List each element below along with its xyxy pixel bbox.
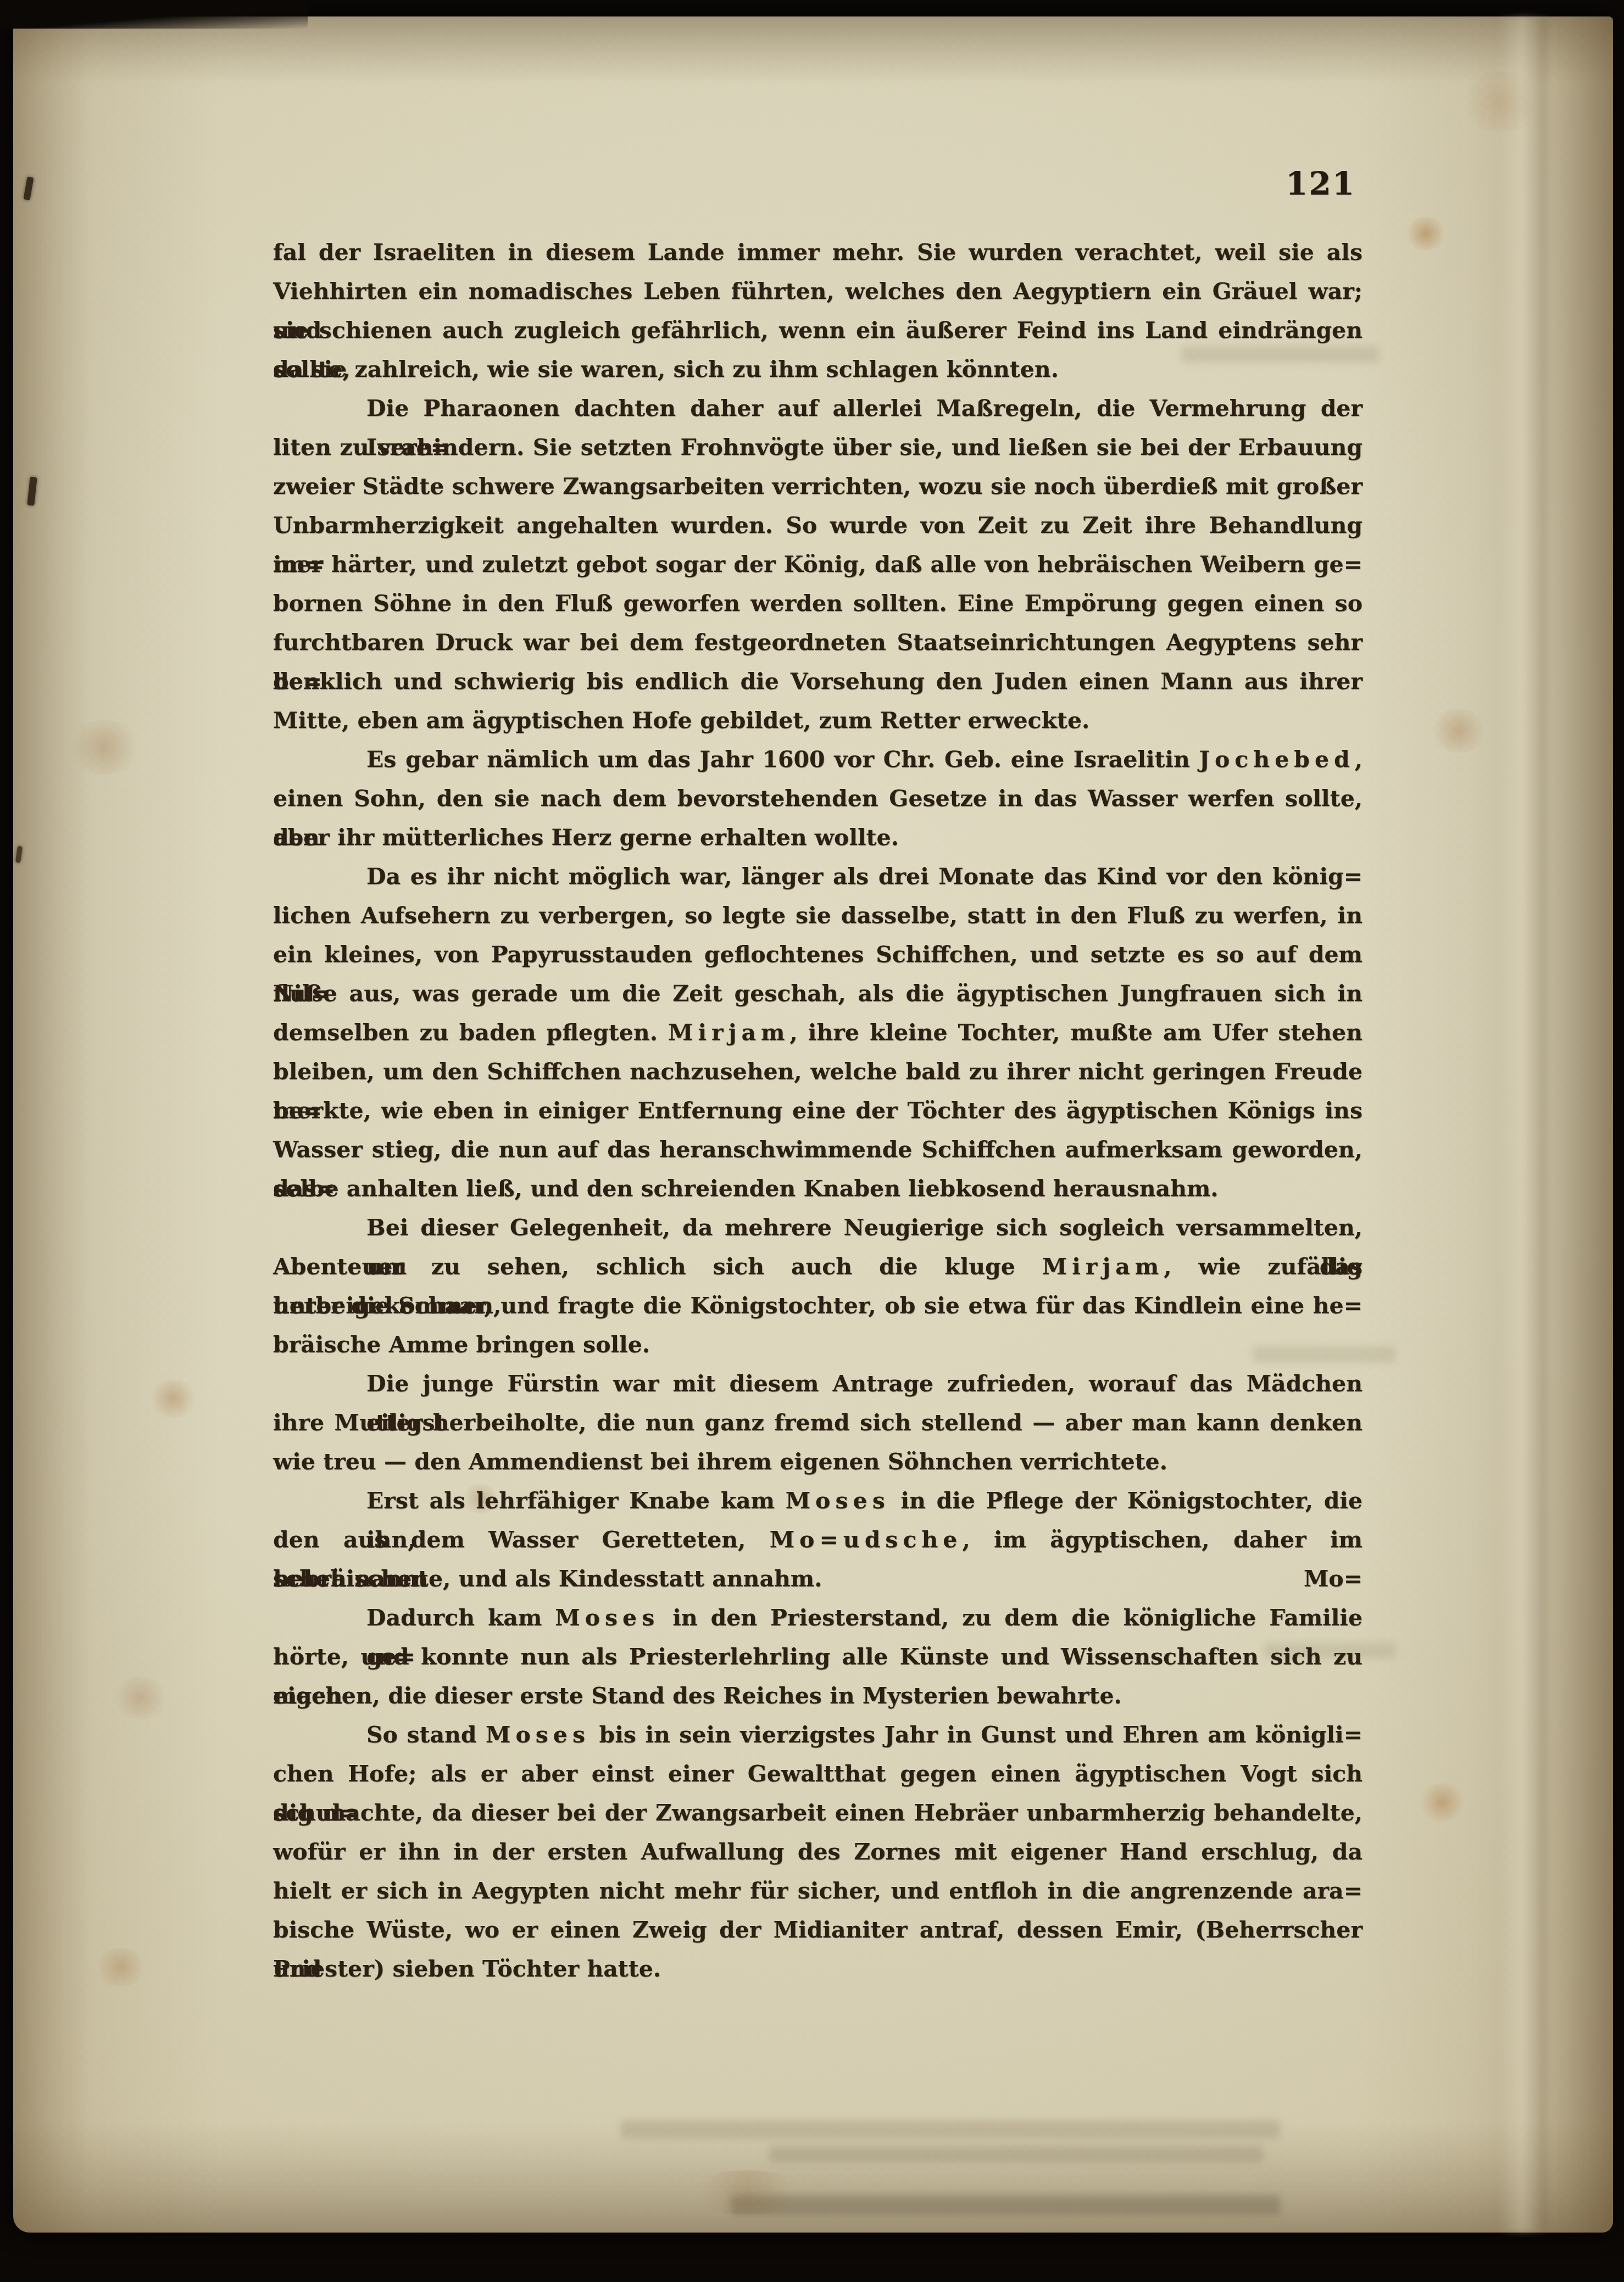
text-line: wie treu — den Ammendienst bei ihrem eig… [273,1442,1362,1481]
text-line: wofür er ihn in der ersten Aufwallung de… [273,1833,1362,1872]
text-line: chen Hofe; als er aber einst einer Gewal… [273,1754,1362,1794]
text-line: Unbarmherzigkeit angehalten wurden. So w… [273,506,1362,545]
text-line: Viehhirten ein nomadisches Leben führten… [273,272,1362,311]
emphasized-name: Mirjam [668,1019,789,1046]
text-line: Bei dieser Gelegenheit, da mehrere Neugi… [273,1208,1362,1247]
text-line: lichen Aufsehern zu verbergen, so legte … [273,896,1362,935]
page-fold-shading [1498,16,1547,2233]
text-segment: Mitte, eben am ägyptischen Hofe gebildet… [273,707,1089,734]
text-segment: wofür er ihn in der ersten Aufwallung de… [273,1839,1362,1865]
text-line: fluße aus, was gerade um die Zeit gescha… [273,974,1362,1013]
text-line: liten zu verhindern. Sie setzten Frohnvö… [273,428,1362,467]
text-line: selbe anhalten ließ, und den schreienden… [273,1169,1362,1208]
text-line: Da es ihr nicht möglich war, länger als … [273,857,1362,896]
text-segment: machen, die dieser erste Stand des Reich… [273,1683,1122,1709]
text-segment: Es gebar nämlich um das Jahr 1600 vor Ch… [366,746,1199,773]
text-segment: Da es ihr nicht möglich war, länger als … [366,863,1362,890]
text-line: hörte, und konnte nun als Priesterlehrli… [273,1637,1362,1676]
emphasized-name: Moses [486,1722,590,1748]
text-line: Es gebar nämlich um das Jahr 1600 vor Ch… [273,740,1362,779]
text-line: Wasser stieg, die nun auf das heranschwi… [273,1130,1362,1169]
text-line: ihre Mutter herbeiholte, die nun ganz fr… [273,1403,1362,1442]
text-segment: ihre Mutter herbeiholte, die nun ganz fr… [273,1409,1362,1436]
page-number: 121 [1286,165,1355,202]
text-line: denklich und schwierig bis endlich die V… [273,662,1362,701]
text-segment: liten zu verhindern. Sie setzten Frohnvö… [273,434,1362,460]
text-line: bornen Söhne in den Fluß geworfen werden… [273,584,1362,623]
text-line: da sie zahlreich, wie sie waren, sich zu… [273,350,1362,389]
text-line: Priester) sieben Töchter hatte. [273,1950,1362,1989]
emphasized-name: Mirjam [1042,1253,1164,1280]
text-segment: hielt er sich in Aegypten nicht mehr für… [273,1878,1362,1904]
emphasized-name: Mo=udsche [770,1526,963,1553]
text-segment: lichen Aufsehern zu verbergen, so legte … [273,902,1362,929]
book-scan: 121 fal der Israeliten in diesem Lande i… [0,0,1624,2282]
text-segment: mer härter, und zuletzt gebot sogar der … [273,551,1362,578]
emphasized-name: Moses [786,1487,890,1514]
text-line: bische Wüste, wo er einen Zweig der Midi… [273,1911,1362,1950]
text-line: den aus dem Wasser Geretteten, Mo=udsche… [273,1520,1362,1559]
text-segment: selbe anhalten ließ, und den schreienden… [273,1175,1219,1202]
text-line: Dadurch kam Moses in den Priesterstand, … [273,1598,1362,1637]
emphasized-name: Jochebed [1199,746,1355,773]
text-segment: So stand [366,1722,486,1748]
text-segment: bornen Söhne in den Fluß geworfen werden… [273,590,1362,617]
text-line: dig machte, da dieser bei der Zwangsarbe… [273,1794,1362,1833]
cover-edge-shadow [0,0,308,29]
text-line: Die Pharaonen dachten daher auf allerlei… [273,389,1362,428]
text-line: aber ihr mütterliches Herz gerne erhalte… [273,818,1362,857]
text-segment: merkte, wie eben in einiger Entfernung e… [273,1097,1362,1124]
text-segment: scheh nannte, und als Kindesstatt annahm… [273,1565,822,1592]
text-line: ein kleines, von Papyrusstauden geflocht… [273,935,1362,974]
text-segment: wie treu — den Ammendienst bei ihrem eig… [273,1448,1167,1475]
text-line: machen, die dieser erste Stand des Reich… [273,1676,1362,1715]
text-segment: demselben zu baden pflegten. [273,1019,668,1046]
text-line: merkte, wie eben in einiger Entfernung e… [273,1091,1362,1130]
text-segment: Abenteuer zu sehen, schlich sich auch di… [273,1253,1042,1280]
text-segment: , [1355,746,1362,773]
text-segment: zweier Städte schwere Zwangsarbeiten ver… [273,473,1362,499]
text-line: fal der Israeliten in diesem Lande immer… [273,233,1362,272]
text-line: mer härter, und zuletzt gebot sogar der … [273,545,1362,584]
text-segment: Erst als lehrfähiger Knabe kam [366,1487,786,1514]
text-line: hielt er sich in Aegypten nicht mehr für… [273,1872,1362,1911]
text-segment: aber ihr mütterliches Herz gerne erhalte… [273,824,899,851]
text-segment: dig machte, da dieser bei der Zwangsarbe… [273,1800,1362,1826]
text-line: bleiben, um den Schiffchen nachzusehen, … [273,1052,1362,1091]
text-line: demselben zu baden pflegten. Mirjam, ihr… [273,1013,1362,1052]
text-line: zweier Städte schwere Zwangsarbeiten ver… [273,467,1362,506]
text-segment: , ihre kleine Tochter, mußte am Ufer ste… [789,1019,1362,1046]
text-line: sie schienen auch zugleich gefährlich, w… [273,311,1362,350]
text-segment: bis in sein vierzigstes Jahr in Gunst un… [590,1722,1362,1748]
text-line: Mitte, eben am ägyptischen Hofe gebildet… [273,701,1362,740]
text-line: bräische Amme bringen solle. [273,1325,1362,1364]
text-line: So stand Moses bis in sein vierzigstes J… [273,1715,1362,1754]
text-segment: Dadurch kam [366,1604,555,1631]
text-segment: fluße aus, was gerade um die Zeit gescha… [273,980,1362,1007]
text-segment: da sie zahlreich, wie sie waren, sich zu… [273,356,1059,382]
text-line: unter die Schaar, und fragte die Königst… [273,1286,1362,1325]
text-segment: Priester) sieben Töchter hatte. [273,1956,661,1982]
text-segment: fal der Israeliten in diesem Lande immer… [273,239,1362,265]
text-segment: bräische Amme bringen solle. [273,1331,650,1358]
text-line: Die junge Fürstin war mit diesem Antrage… [273,1364,1362,1403]
text-line: einen Sohn, den sie nach dem bevorstehen… [273,779,1362,818]
emphasized-name: Moses [555,1604,659,1631]
text-line: Erst als lehrfähiger Knabe kam Moses in … [273,1481,1362,1520]
text-line: furchtbaren Druck war bei dem festgeordn… [273,623,1362,662]
text-line: Abenteuer zu sehen, schlich sich auch di… [273,1247,1362,1286]
text-segment: unter die Schaar, und fragte die Königst… [273,1292,1362,1319]
text-segment: den aus dem Wasser Geretteten, [273,1526,770,1553]
text-block: fal der Israeliten in diesem Lande immer… [273,233,1362,1989]
text-segment: denklich und schwierig bis endlich die V… [273,668,1362,695]
